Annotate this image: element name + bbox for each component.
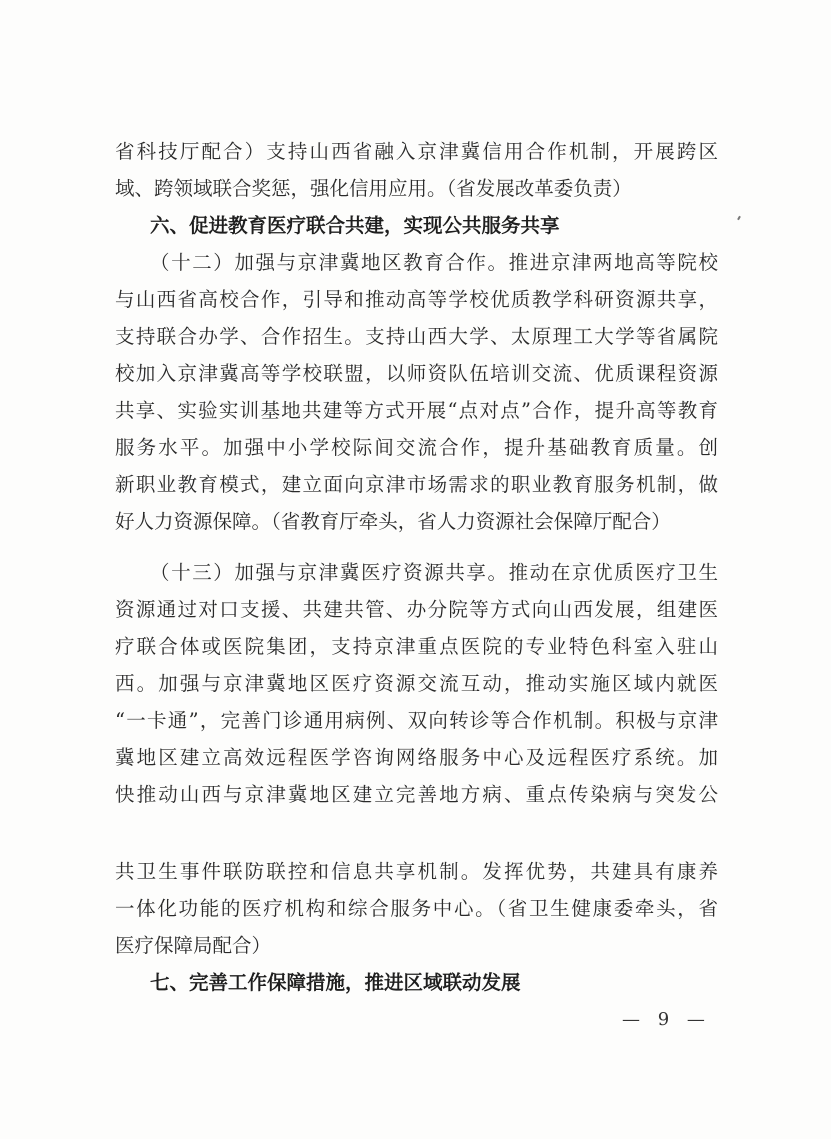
subsection-13-first-line: （十三）加强与京津冀医疗资源共享。推动在京优质医疗卫生 bbox=[150, 561, 718, 585]
body-line: 省科技厅配合）支持山西省融入京津冀信用合作机制，开展跨区 bbox=[115, 140, 718, 164]
body-line: 校加入京津冀高等学校联盟，以师资队伍培训交流、优质课程资源 bbox=[115, 362, 718, 386]
scan-speck bbox=[737, 216, 741, 220]
body-line: 支持联合办学、合作招生。支持山西大学、太原理工大学等省属院 bbox=[115, 325, 718, 349]
document-page: 省科技厅配合）支持山西省融入京津冀信用合作机制，开展跨区 域、跨领域联合奖惩，强… bbox=[0, 0, 831, 1139]
body-line: 医疗保障局配合） bbox=[115, 934, 718, 958]
body-line: 疗联合体或医院集团，支持京津重点医院的专业特色科室入驻山 bbox=[115, 635, 718, 659]
body-line: 一体化功能的医疗机构和综合服务中心。（省卫生健康委牵头，省 bbox=[115, 897, 718, 921]
body-line: 西。加强与京津冀地区医疗资源交流互动，推动实施区域内就医 bbox=[115, 672, 718, 696]
body-line: 快推动山西与京津冀地区建立完善地方病、重点传染病与突发公 bbox=[115, 783, 718, 807]
body-line: 新职业教育模式，建立面向京津市场需求的职业教育服务机制，做 bbox=[115, 473, 718, 497]
body-line: 共享、实验实训基地共建等方式开展“点对点”合作，提升高等教育 bbox=[115, 399, 718, 423]
body-line: 域、跨领域联合奖惩，强化信用应用。（省发展改革委负责） bbox=[115, 177, 718, 201]
subsection-12-first-line: （十二）加强与京津冀地区教育合作。推进京津两地高等院校 bbox=[150, 251, 718, 275]
body-line: 好人力资源保障。（省教育厅牵头，省人力资源社会保障厅配合） bbox=[115, 510, 718, 534]
page-number: — 9 — bbox=[622, 1009, 711, 1030]
body-line: 资源通过对口支援、共建共管、办分院等方式向山西发展，组建医 bbox=[115, 598, 718, 622]
body-line: “一卡通”，完善门诊通用病例、双向转诊等合作机制。积极与京津 bbox=[115, 709, 718, 733]
body-line: 共卫生事件联防联控和信息共享机制。发挥优势，共建具有康养 bbox=[115, 860, 718, 884]
body-line: 与山西省高校合作，引导和推动高等学校优质教学科研资源共享， bbox=[115, 288, 718, 312]
body-line: 冀地区建立高效远程医学咨询网络服务中心及远程医疗系统。加 bbox=[115, 746, 718, 770]
section-heading-6: 六、促进教育医疗联合共建，实现公共服务共享 bbox=[150, 214, 560, 238]
section-heading-7: 七、完善工作保障措施，推进区域联动发展 bbox=[150, 971, 521, 995]
body-line: 服务水平。加强中小学校际间交流合作，提升基础教育质量。创 bbox=[115, 436, 718, 460]
